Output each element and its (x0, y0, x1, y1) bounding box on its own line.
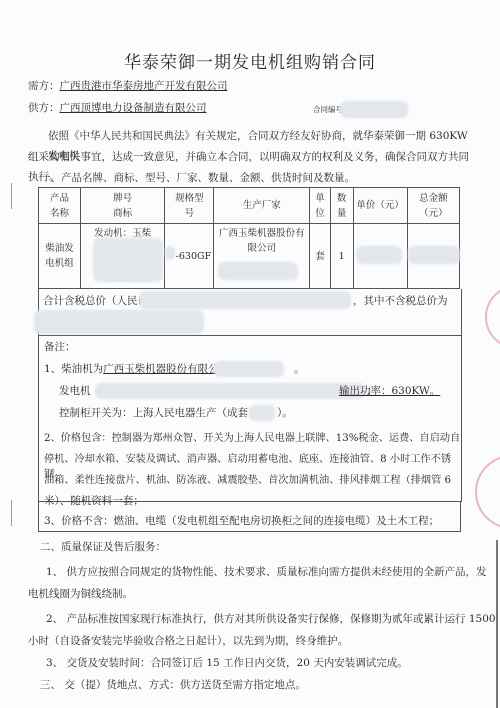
header-brand: 牌号商标 (80, 188, 165, 224)
note-2-line-1: 2、价格包含：控制器为郑州众智、开关为上海人民电器上联牌、13%税金、运费、自启… (44, 429, 460, 444)
redacted-contract-number (340, 101, 408, 118)
header-unit-price: 单价（元） (353, 188, 407, 224)
notes-box: 备注： 1、柴油机为广西玉柴机器股份有限公司 。 发电机 ； 输出功率：630K… (38, 335, 462, 502)
table-row: 柴油发电机组 发动机：玉柴 发电机：30 -630GF 广西玉柴机器股份有限公司… (39, 224, 460, 289)
redacted-generator-info (95, 383, 365, 399)
s2-item-1-line-1: 1、 供方应按照合同规定的货物性能、技术要求、质量标准向需方提供未经使用的全新产… (46, 562, 487, 582)
s2-item-1-line-2: 电机线圈为铜线绕制。 (28, 584, 133, 604)
section-2-heading: 二、质量保证及售后服务： (40, 537, 166, 557)
cell-unit-price (353, 224, 407, 289)
cell-brand: 发动机：玉柴 发电机：30 (80, 224, 165, 289)
header-product: 产品名称 (39, 188, 81, 224)
cell-qty: 1 (330, 224, 353, 289)
redacted-cabinet (249, 405, 275, 421)
redacted-total-amount (139, 291, 351, 309)
seller-line: 供方：广西顶博电力设备制造有限公司 (28, 100, 219, 115)
note-1-cabinet: 控制柜开关为：上海人民电器生产（成套 (59, 405, 248, 420)
note-1-end: 。 (294, 361, 305, 376)
note-2-line-3: 油箱、柔性连接盘片、机油、防冻液、减震胶垫、首次加满机油、排风排烟工程（排烟管 … (44, 471, 451, 486)
cell-model: -630GF (165, 224, 214, 289)
redacted-unit-price (356, 246, 402, 264)
s2-item-3: 3、 交货及安装时间：合同签订后 15 工作日内交货，20 天内安装调试完成。 (46, 653, 408, 673)
redacted-brand (93, 238, 163, 282)
note-1: 1、柴油机为广西玉柴机器股份有限公司 (44, 361, 229, 376)
header-unit: 单位 (310, 188, 331, 224)
redacted-untaxed-amount (34, 310, 204, 334)
buyer-label: 需方： (28, 80, 60, 92)
section-3: 三、 交（提）货地点、方式：供方送货至需方指定地点。 (40, 675, 306, 695)
notes-label: 备注： (44, 339, 76, 354)
total-text-right: ，其中不含税总价为 (353, 293, 448, 308)
section-1-heading: 一、产品名牌、商标、型号、厂家、数量、金额、供货时间及数量。 (40, 168, 355, 188)
s2-item-2-line-1: 2、 产品标准按国家现行标准执行，供方对其所供设备实行保修，保修期为贰年或累计运… (46, 609, 496, 629)
redacted-maker-detail (218, 262, 298, 280)
note-1-generator: 发电机 (59, 383, 91, 398)
document-title: 华泰荣御一期发电机组购销合同 (0, 48, 500, 73)
header-model: 规格型号 (165, 188, 214, 224)
s2-item-2-line-2: 小时（自设备安装完毕验收合格之日起计），以先到为期，终身维护。 (28, 631, 348, 651)
cell-total (407, 224, 459, 289)
notes-box-right-border-ext (460, 501, 461, 531)
contract-page: 华泰荣御一期发电机组购销合同 需方：广西贵港市华泰房地产开发有限公司 供方：广西… (0, 0, 500, 708)
redacted-engine-model (214, 361, 284, 377)
header-maker: 生产厂家 (214, 188, 310, 224)
notes-box-left-border-ext (38, 501, 39, 531)
seller-name: 广西顶博电力设备制造有限公司 (60, 102, 219, 114)
redacted-total (408, 246, 460, 264)
product-table: 产品名称 牌号商标 规格型号 生产厂家 单位 数量 单价（元） 总金额（元） 柴… (38, 187, 460, 289)
cell-product: 柴油发电机组 (39, 224, 81, 289)
header-qty: 数量 (330, 188, 353, 224)
notes-box-bottom-border (38, 531, 461, 532)
page-edge-shadow (496, 540, 498, 708)
cell-maker: 广西玉柴机器股份有限公司 (214, 224, 310, 289)
cell-unit: 套 (310, 224, 331, 289)
seller-label: 供方： (28, 102, 60, 114)
note-2-line-4: 米）、随机资料一套； (44, 493, 144, 508)
contract-number-label: 合同编号 (313, 104, 343, 115)
table-header-row: 产品名称 牌号商标 规格型号 生产厂家 单位 数量 单价（元） 总金额（元） (39, 188, 460, 224)
note-1-power: 输出功率：630KW。 (339, 383, 440, 398)
buyer-name: 广西贵港市华泰房地产开发有限公司 (60, 80, 240, 92)
red-seal-lower (475, 455, 500, 529)
note-3: 3、价格不含：燃油、电缆（发电机组至配电房切换柜之间的连接电缆）及土木工程； (44, 513, 439, 528)
margin-mark-top (11, 183, 12, 209)
redacted-model-prefix (165, 246, 175, 260)
header-total: 总金额（元） (407, 188, 459, 224)
buyer-line: 需方：广西贵港市华泰房地产开发有限公司 (28, 78, 240, 93)
red-seal-upper (485, 285, 500, 349)
note-1-cabinet-end: ）。 (277, 405, 293, 420)
margin-mark-bottom (11, 500, 12, 526)
